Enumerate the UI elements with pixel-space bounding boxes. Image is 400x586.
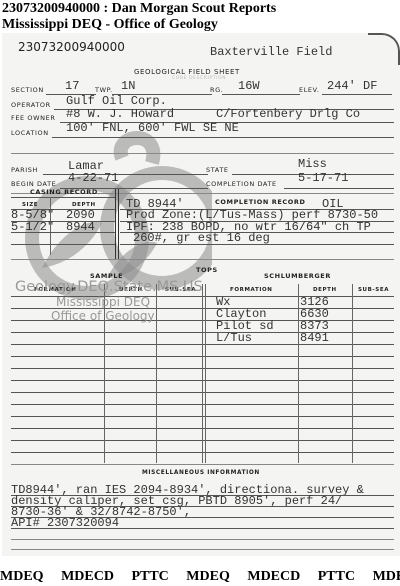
footer-item: PTTC: [318, 569, 355, 584]
twp-value: 1N: [121, 79, 135, 93]
completion-line-2: 260#, gr est 16 deg: [133, 231, 270, 245]
section-label: SECTION: [11, 86, 44, 94]
footer-item: PTTC: [131, 569, 168, 584]
location-label: LOCATION: [11, 129, 49, 137]
misc-title: MISCELLANEOUS INFORMATION: [142, 470, 260, 476]
completion-date-label: COMPLETION DATE: [206, 180, 277, 188]
watermark-office: Office of Geology: [51, 309, 155, 323]
schlumberger-depth-header: DEPTH: [313, 287, 337, 293]
begin-date-label: BEGIN DATE: [11, 180, 56, 188]
state-value: Miss: [298, 157, 327, 171]
watermark-agency: Mississippi DEQ: [56, 295, 150, 309]
watermark-url: Geology.DEQ.State.MS.US: [15, 279, 203, 295]
state-label: STATE: [206, 166, 229, 174]
schlumberger-depth-3: 8491: [300, 331, 329, 345]
elev-value: 244' DF: [327, 79, 377, 93]
footer-item: MDECD: [61, 569, 114, 584]
casing-record-title: CASING RECORD: [30, 188, 98, 196]
section-value: 17: [65, 79, 79, 93]
footer-sponsors: MDEQ MDECD PTTC MDEQ MDECD PTTC MDEQ MDE…: [0, 569, 400, 585]
sheet-title: GEOLOGICAL FIELD SHEET: [134, 68, 240, 76]
completion-date-value: 5-17-71: [298, 171, 348, 185]
parish-label: PARISH: [11, 166, 38, 174]
field-name: Baxterville Field: [210, 45, 332, 59]
operator-label: OPERATOR: [11, 101, 51, 109]
fee-owner-value: #8 W. J. Howard: [66, 107, 174, 121]
footer-item: MDEQ: [186, 569, 230, 584]
core-description-stamp: CORE DESCRIPTION: [172, 76, 226, 81]
scout-report-card: 23073200940000 Baxterville Field GEOLOGI…: [2, 33, 400, 556]
page-subtitle: Mississippi DEQ - Office of Geology: [2, 17, 218, 33]
schlumberger-formation-3: L/Tus: [216, 331, 252, 345]
schlumberger-title: SCHLUMBERGER: [264, 272, 331, 280]
twp-label: TWP.: [95, 86, 113, 94]
page-title: 23073200940000 : Dan Morgan Scout Report…: [2, 1, 276, 17]
completion-record-title: COMPLETION RECORD: [215, 198, 306, 206]
contractor-value: C/Fortenbery Drlg Co: [216, 107, 360, 121]
tops-title: TOPS: [196, 266, 218, 274]
api-number: 23073200940000: [18, 40, 125, 54]
elev-label: ELEV.: [299, 86, 320, 94]
fee-owner-label: FEE OWNER: [11, 114, 55, 122]
location-value: 100' FNL, 600' FWL SE NE: [66, 121, 239, 135]
schlumberger-subsea-header: SUB-SEA: [358, 287, 389, 293]
rg-label: RG.: [210, 86, 223, 94]
footer-item: MDECD: [247, 569, 300, 584]
footer-item: MDEQ: [0, 569, 44, 584]
rg-value: 16W: [238, 79, 260, 93]
schlumberger-formation-header: FORMATION: [230, 287, 272, 293]
begin-date-value: 4-22-71: [68, 171, 118, 185]
operator-value: Gulf Oil Corp.: [66, 94, 167, 108]
footer-item: MDEQ: [373, 569, 400, 584]
